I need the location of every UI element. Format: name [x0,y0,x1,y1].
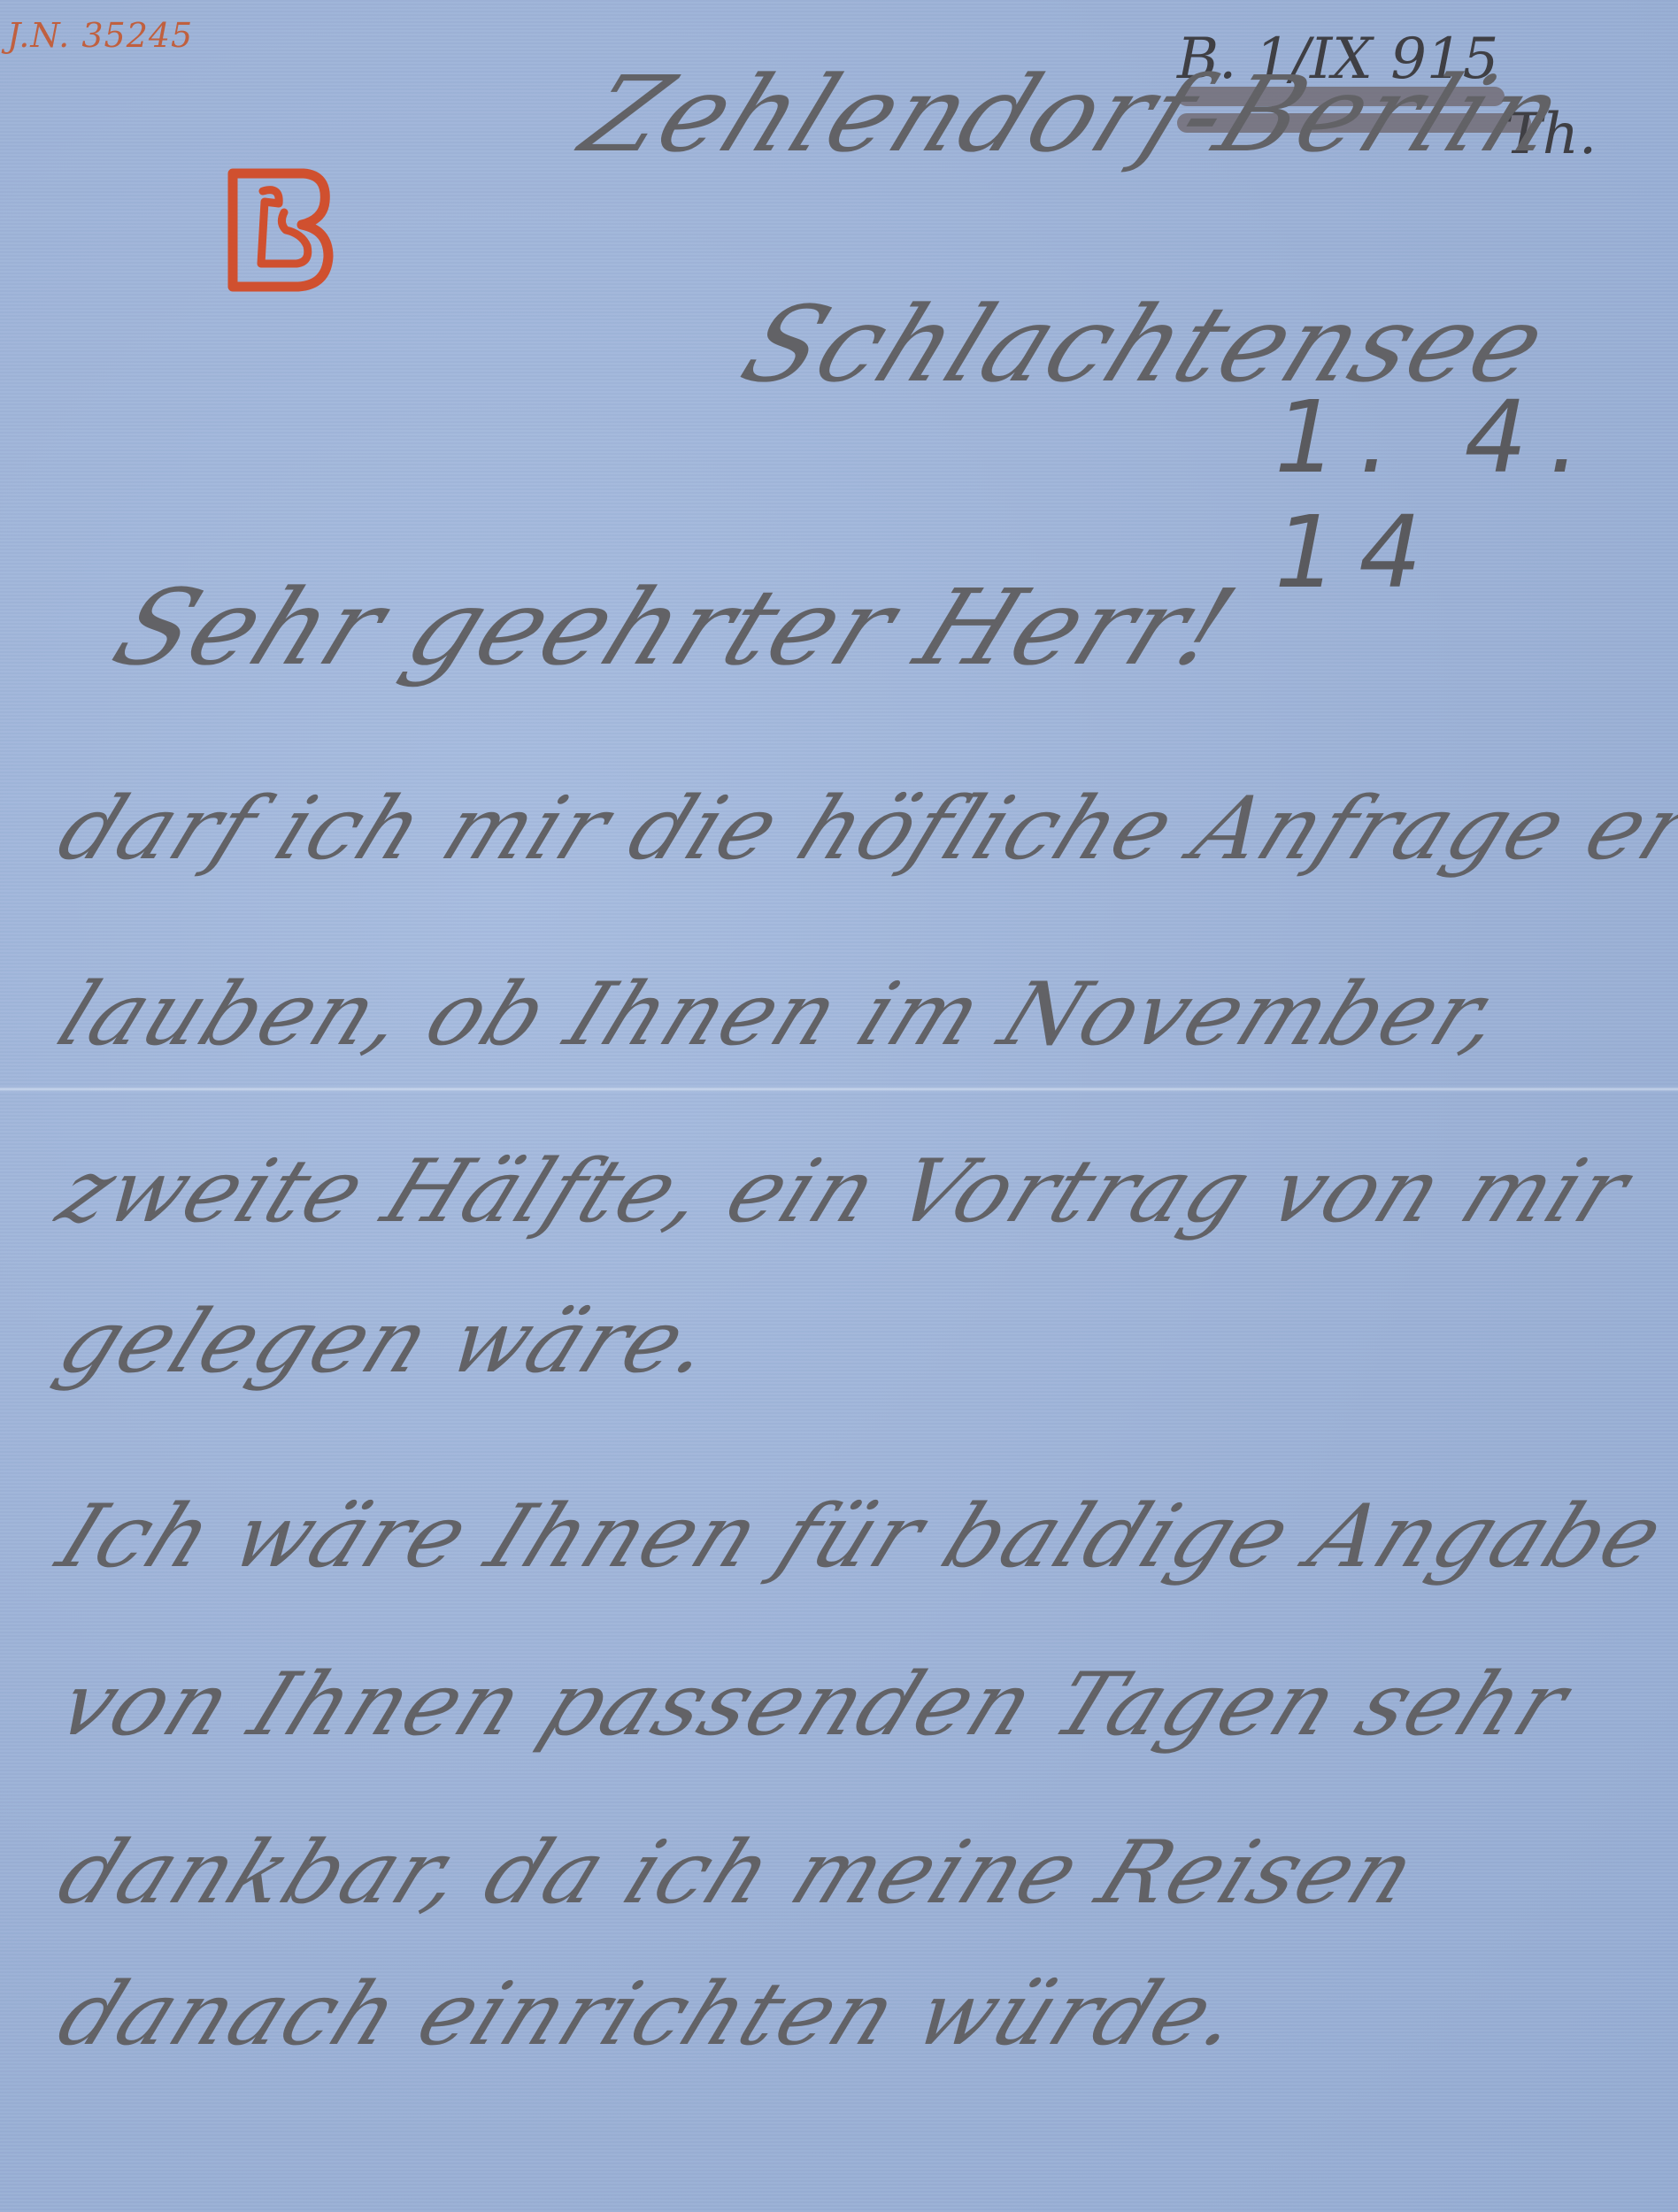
body-line-4: gelegen wäre. [44,1292,730,1393]
body-line-5: Ich wäre Ihnen für baldige Angabe [44,1486,1678,1587]
letter-date: 1. 4. 14 [1274,380,1678,611]
body-line-6: von Ihnen passenden Tagen sehr [44,1655,1583,1755]
paper-fold-crease [0,1087,1678,1092]
salutation: Sehr geehrter Herr! [97,566,1253,688]
body-line-1: darf ich mir die höfliche Anfrage er- [44,779,1678,879]
body-line-3: zweite Hälfte, ein Vortrag von mir [44,1141,1644,1242]
lb-monogram-icon [226,168,336,292]
reference-number: J.N. 35245 [7,16,193,55]
body-line-8: danach einrichten würde. [44,1964,1258,2065]
body-line-7: dankbar, da ich meine Reisen [44,1823,1431,1924]
logo-monogram [226,168,336,292]
body-line-2: lauben, ob Ihnen im November, [44,964,1520,1065]
place-line-1: Zehlendorf-Berlin [566,53,1582,175]
